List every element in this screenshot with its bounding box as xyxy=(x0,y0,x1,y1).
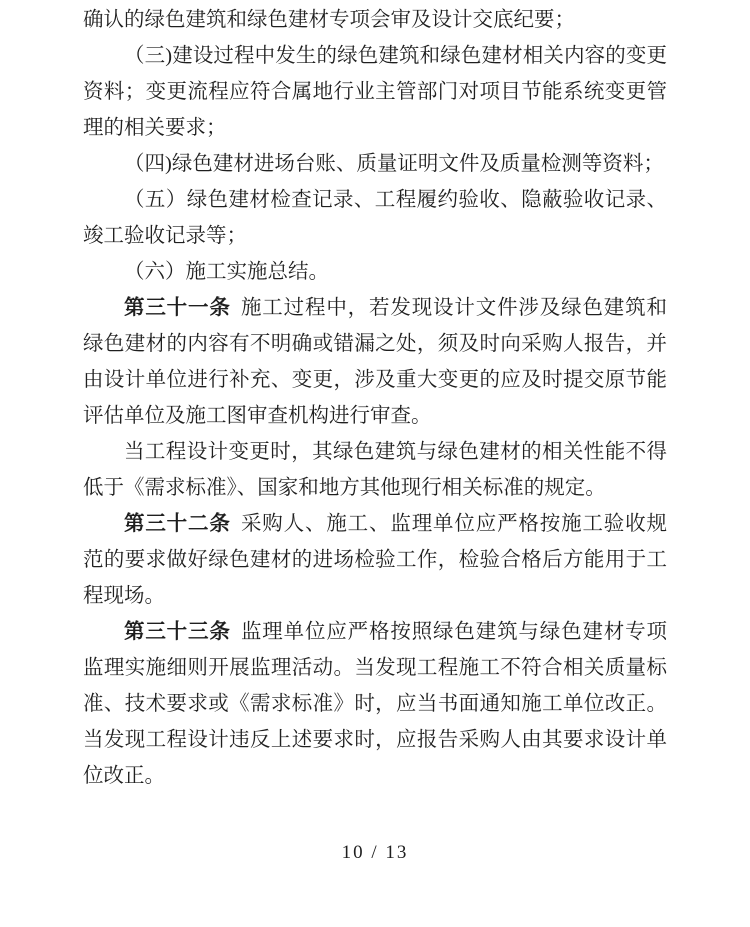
paragraph-item-4: （四)绿色建材进场台账、质量证明文件及质量检测等资料； xyxy=(83,146,667,182)
article-number: 第三十二条 xyxy=(124,513,231,535)
paragraph-article-31: 第三十一条施工过程中，若发现设计文件涉及绿色建筑和绿色建材的内容有不明确或错漏之… xyxy=(83,290,667,434)
paragraph-text: 确认的绿色建筑和绿色建材专项会审及设计交底纪要； xyxy=(83,9,575,31)
paragraph-text: （四)绿色建材进场台账、质量证明文件及质量检测等资料； xyxy=(124,153,664,175)
page-number: 10 / 13 xyxy=(0,842,750,864)
paragraph-item-3: （三)建设过程中发生的绿色建筑和绿色建材相关内容的变更资料；变更流程应符合属地行… xyxy=(83,38,667,146)
paragraph-continuation: 确认的绿色建筑和绿色建材专项会审及设计交底纪要； xyxy=(83,2,667,38)
paragraph-text: 监理单位应严格按照绿色建筑与绿色建材专项监理实施细则开展监理活动。当发现工程施工… xyxy=(83,621,667,787)
document-page: 确认的绿色建筑和绿色建材专项会审及设计交底纪要； （三)建设过程中发生的绿色建筑… xyxy=(0,0,750,927)
paragraph-item-6: （六）施工实施总结。 xyxy=(83,254,667,290)
paragraph-article-31-cont: 当工程设计变更时，其绿色建筑与绿色建材的相关性能不得低于《需求标准》、国家和地方… xyxy=(83,434,667,506)
paragraph-article-33: 第三十三条监理单位应严格按照绿色建筑与绿色建材专项监理实施细则开展监理活动。当发… xyxy=(83,614,667,794)
paragraph-text: （五）绿色建材检查记录、工程履约验收、隐蔽验收记录、竣工验收记录等； xyxy=(83,189,667,247)
paragraph-text: 当工程设计变更时，其绿色建筑与绿色建材的相关性能不得低于《需求标准》、国家和地方… xyxy=(83,441,667,499)
paragraph-text: （六）施工实施总结。 xyxy=(124,261,329,283)
paragraph-article-32: 第三十二条采购人、施工、监理单位应严格按施工验收规范的要求做好绿色建材的进场检验… xyxy=(83,506,667,614)
paragraph-item-5: （五）绿色建材检查记录、工程履约验收、隐蔽验收记录、竣工验收记录等； xyxy=(83,182,667,254)
article-number: 第三十一条 xyxy=(124,297,231,319)
paragraph-text: （三)建设过程中发生的绿色建筑和绿色建材相关内容的变更资料；变更流程应符合属地行… xyxy=(83,45,667,139)
article-number: 第三十三条 xyxy=(124,621,231,643)
